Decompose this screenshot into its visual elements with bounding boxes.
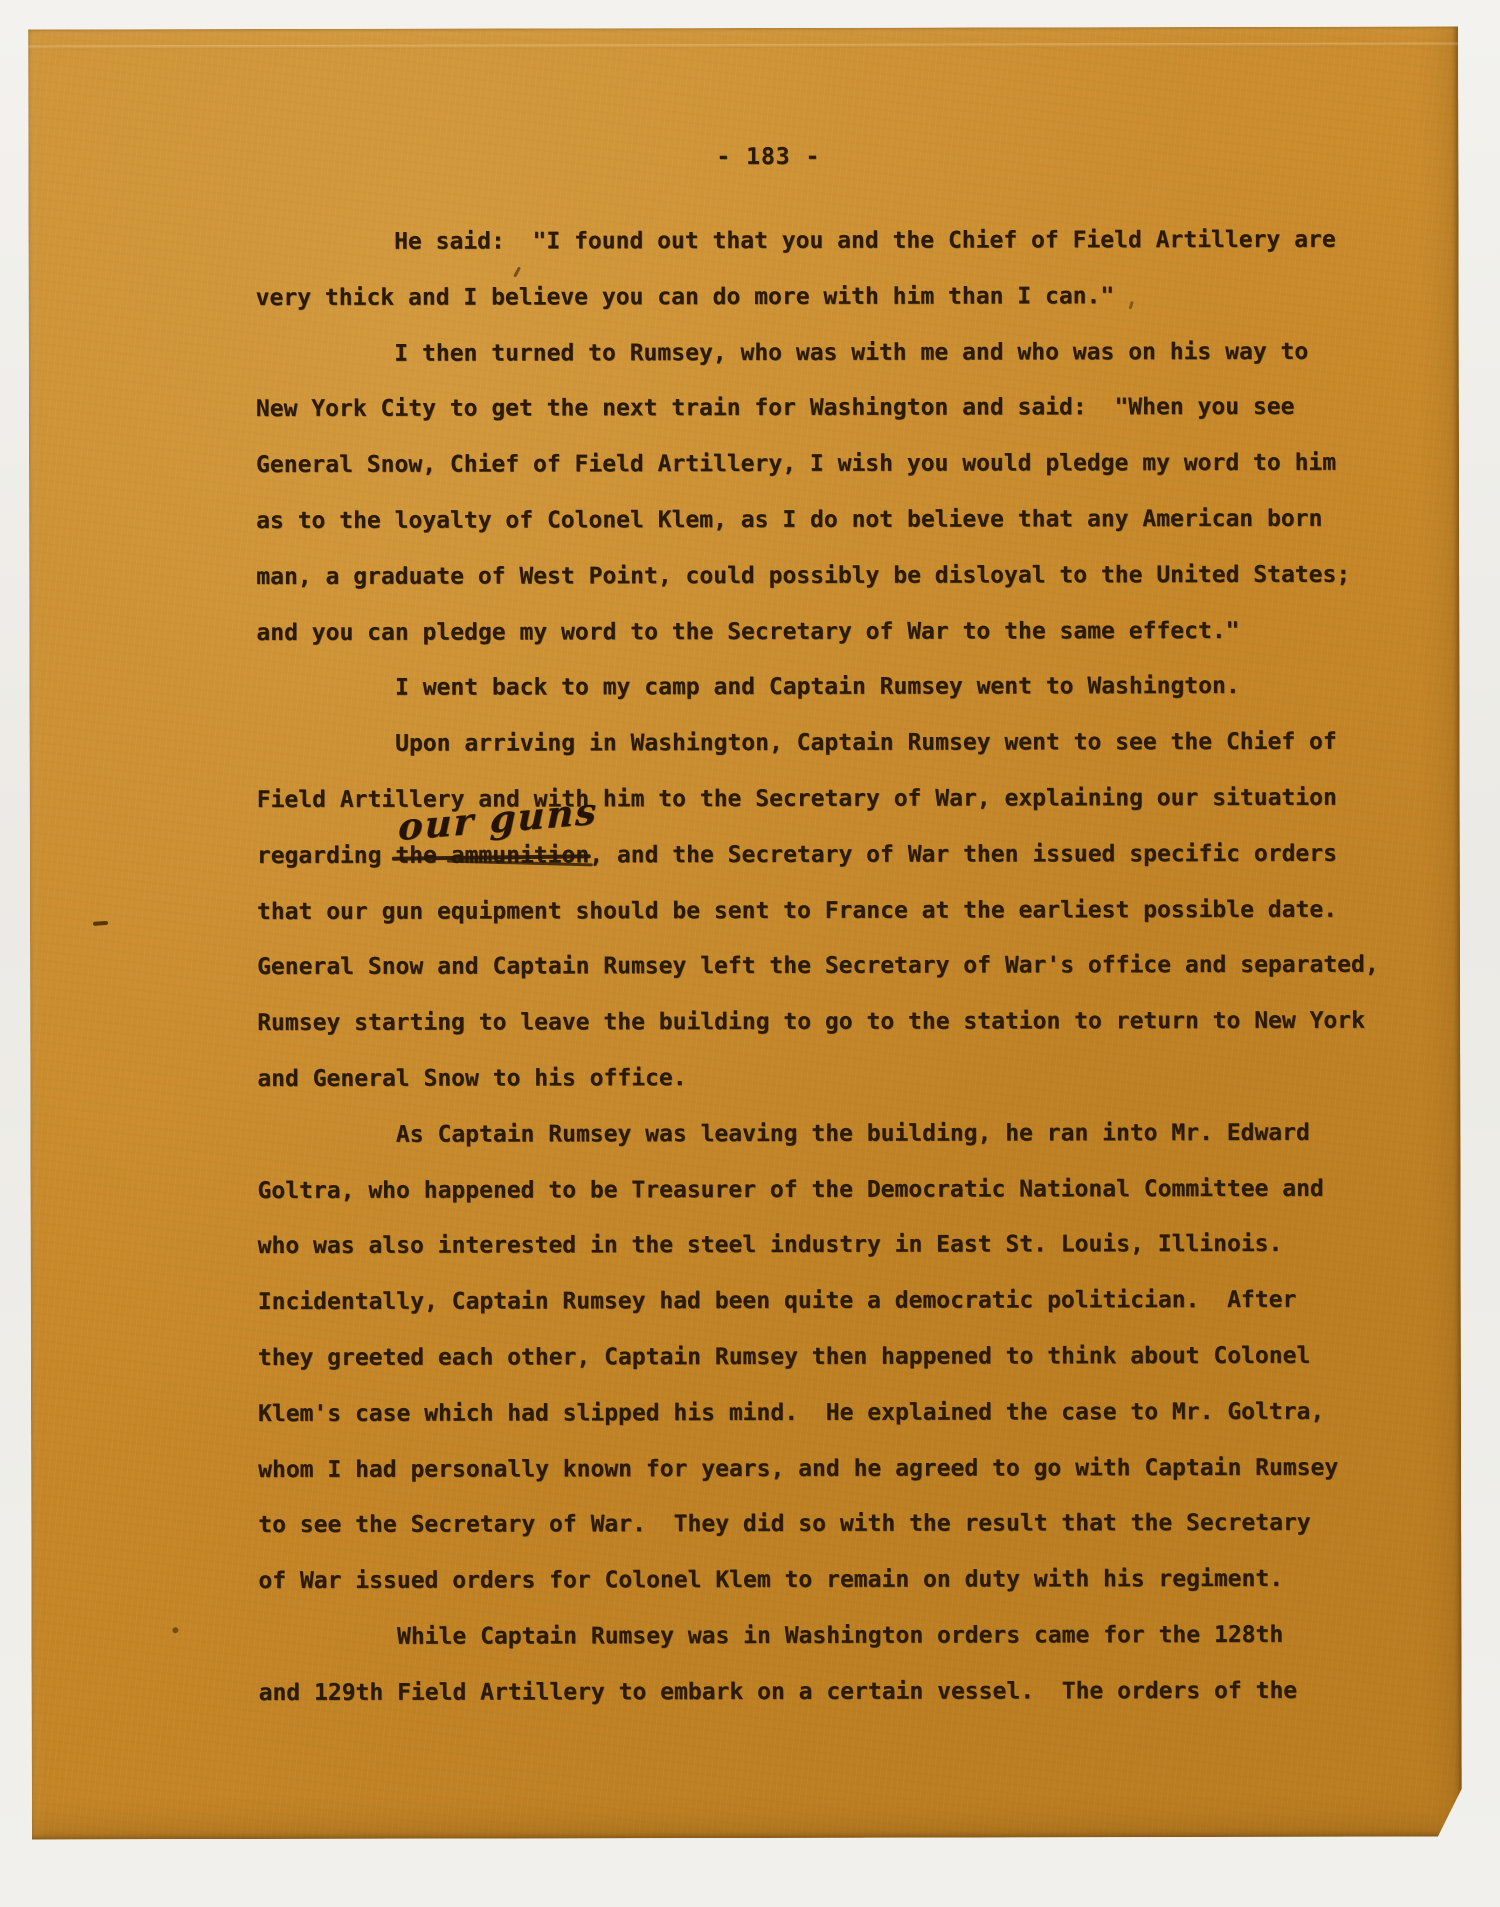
typed-line: to see the Secretary of War. They did so… [258,1496,1418,1554]
typed-line: Rumsey starting to leave the building to… [257,994,1417,1052]
typed-line: I went back to my camp and Captain Rumse… [256,659,1416,717]
typed-line: and General Snow to his office. [257,1050,1417,1108]
typed-line: and 129th Field Artillery to embark on a… [259,1663,1419,1721]
document-page: - 183 - He said: "I found out that you a… [28,27,1462,1840]
typed-line: Upon arriving in Washington, Captain Rum… [257,715,1417,773]
typed-line: Goltra, who happened to be Treasurer of … [257,1161,1417,1219]
typed-line: who was also interested in the steel ind… [258,1217,1418,1275]
page-number: - 183 - [668,144,868,170]
ink-speck [172,1627,178,1633]
typed-line: that our gun equipment should be sent to… [257,882,1417,940]
typed-line: He said: "I found out that you and the C… [255,213,1415,271]
typed-line: of War issued orders for Colonel Klem to… [258,1552,1418,1610]
paper-crease [28,43,1458,50]
typed-line: whom I had personally known for years, a… [258,1440,1418,1498]
typed-text-block: He said: "I found out that you and the C… [255,213,1418,1722]
typed-line: General Snow and Captain Rumsey left the… [257,938,1417,996]
ink-speck [93,921,108,926]
typed-line: New York City to get the next train for … [256,380,1416,438]
typed-line: and you can pledge my word to the Secret… [256,603,1416,661]
typed-line: man, a graduate of West Point, could pos… [256,547,1416,605]
typed-line: Incidentally, Captain Rumsey had been qu… [258,1273,1418,1331]
typed-line: While Captain Rumsey was in Washington o… [258,1608,1418,1666]
typed-line: very thick and I believe you can do more… [256,268,1416,326]
typed-line: General Snow, Chief of Field Artillery, … [256,436,1416,494]
typed-line: as to the loyalty of Colonel Klem, as I … [256,492,1416,550]
typed-line: As Captain Rumsey was leaving the buildi… [257,1105,1417,1163]
typed-line: I then turned to Rumsey, who was with me… [256,324,1416,382]
typed-line: Klem's case which had slipped his mind. … [258,1384,1418,1442]
typed-line: they greeted each other, Captain Rumsey … [258,1329,1418,1387]
